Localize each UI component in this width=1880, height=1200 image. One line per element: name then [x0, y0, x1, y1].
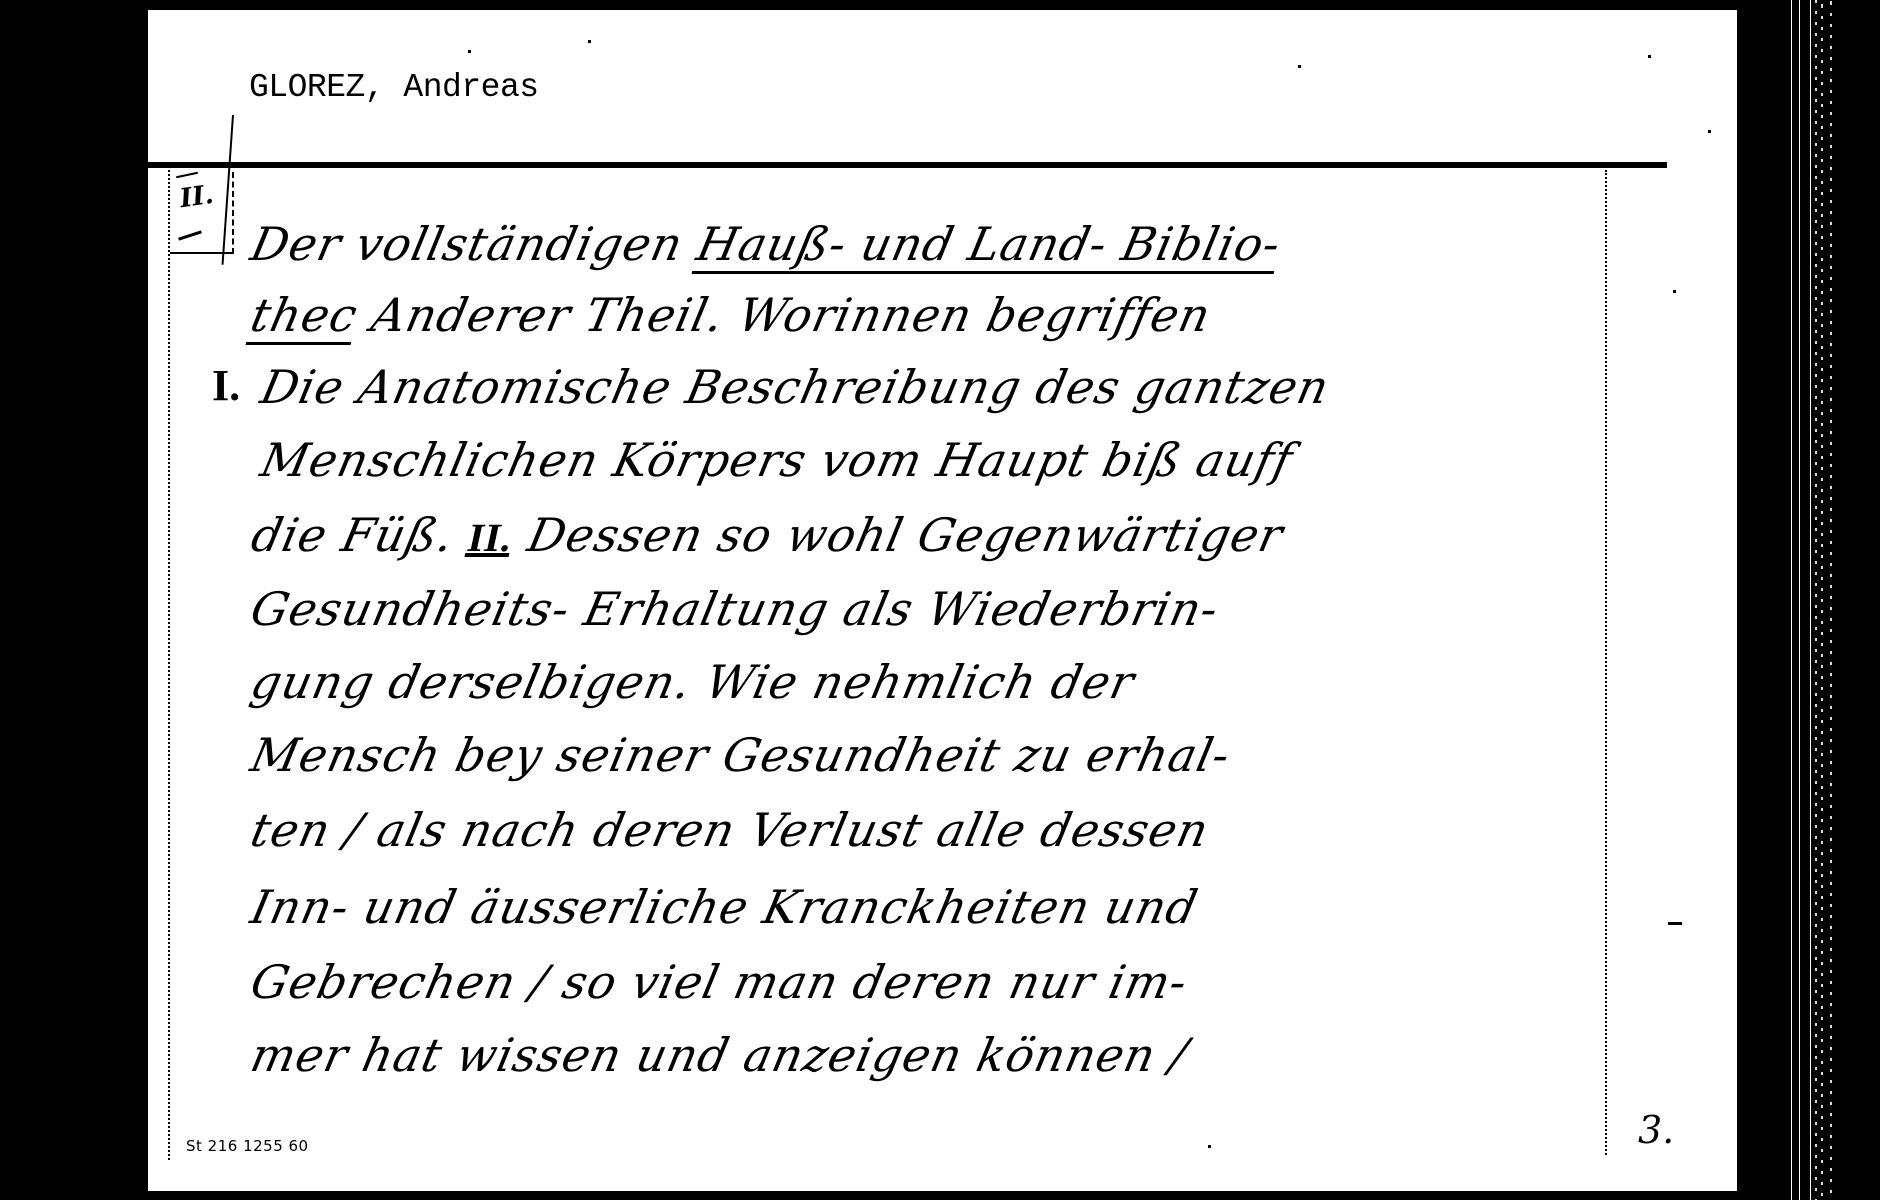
margin-reference-label: II.	[178, 180, 215, 214]
handwritten-line-2: thec Anderer Theil. Worinnen begriffen	[246, 287, 1216, 343]
handwritten-line-9: ten / als nach deren Verlust alle dessen	[246, 802, 1214, 858]
page-number: 3.	[1638, 1108, 1674, 1152]
line-text: Gebrechen / so viel man deren nur im-	[246, 955, 1192, 1009]
card-title: GLOREZ, Andreas	[249, 68, 539, 108]
line-text: die Füß.	[247, 508, 459, 562]
scan-speck	[1298, 65, 1301, 68]
line-text: Die Anatomische Beschreibung des gantzen	[256, 360, 1334, 414]
stray-pen-mark	[1668, 922, 1682, 925]
underlined-title-text: thec	[246, 288, 363, 345]
scan-artifact-noise	[1830, 0, 1832, 1200]
handwritten-line-10: Inn- und äusserliche Kranckheiten und	[246, 879, 1203, 935]
scan-speck	[1648, 55, 1651, 58]
scan-speck	[468, 50, 471, 53]
underlined-title-text: Hauß- und Land- Biblio-	[692, 217, 1286, 274]
scan-speck	[1673, 290, 1676, 293]
scan-speck	[1708, 130, 1711, 133]
handwritten-line-12: mer hat wissen und anzeigen können /	[246, 1027, 1194, 1083]
line-text: Gesundheits- Erhaltung als Wiederbrin-	[246, 582, 1223, 636]
handwritten-line-11: Gebrechen / so viel man deren nur im-	[246, 954, 1193, 1010]
margin-reference-box: II.	[170, 172, 234, 254]
scan-speck	[1208, 1145, 1211, 1148]
scan-artifact-noise	[1815, 0, 1817, 1200]
scan-speck	[588, 40, 591, 43]
line-text: Inn- und äusserliche Kranckheiten und	[246, 880, 1203, 934]
section-marker-I: I.	[212, 362, 240, 410]
line-text: Mensch bey seiner Gesundheit zu erhal-	[246, 728, 1235, 782]
scan-artifact-line	[1799, 0, 1800, 1200]
scan-artifact-line	[1810, 0, 1811, 1200]
handwritten-line-1: Der vollständigen Hauß- und Land- Biblio…	[246, 216, 1286, 272]
handwritten-line-5: die Füß. II. Dessen so wohl Gegenwärtige…	[246, 507, 1288, 566]
line-text: mer hat wissen und anzeigen können /	[246, 1028, 1193, 1082]
scan-edge-strip	[1737, 0, 1880, 1200]
header-rule	[148, 162, 1667, 168]
line-text: gung derselbigen. Wie nehmlich der	[246, 655, 1139, 709]
scan-artifact-noise	[1821, 0, 1823, 1200]
handwritten-line-4: Menschlichen Körpers vom Haupt biß auff	[256, 432, 1298, 488]
handwritten-line-7: gung derselbigen. Wie nehmlich der	[246, 654, 1140, 710]
handwritten-line-8: Mensch bey seiner Gesundheit zu erhal-	[246, 727, 1236, 783]
line-text: Menschlichen Körpers vom Haupt biß auff	[256, 433, 1298, 487]
section-marker-II: II.	[464, 515, 518, 560]
left-margin-guide	[168, 170, 170, 1160]
line-text: ten / als nach deren Verlust alle dessen	[246, 803, 1214, 857]
margin-mark-stroke	[178, 230, 202, 240]
scan-artifact-line	[1791, 0, 1792, 1200]
right-margin-guide	[1605, 170, 1607, 1155]
index-card: GLOREZ, Andreas II. Der vollständigen Ha…	[148, 10, 1737, 1191]
line-text: Der vollständigen	[246, 217, 704, 271]
margin-mark-stroke	[176, 172, 198, 179]
handwritten-line-6: Gesundheits- Erhaltung als Wiederbrin-	[246, 581, 1224, 637]
catalog-code: St 216 1255 60	[186, 1137, 309, 1155]
handwritten-line-3: Die Anatomische Beschreibung des gantzen	[256, 359, 1335, 415]
line-text: Anderer Theil. Worinnen begriffen	[351, 288, 1216, 342]
line-text: Dessen so wohl Gegenwärtiger	[523, 508, 1288, 562]
